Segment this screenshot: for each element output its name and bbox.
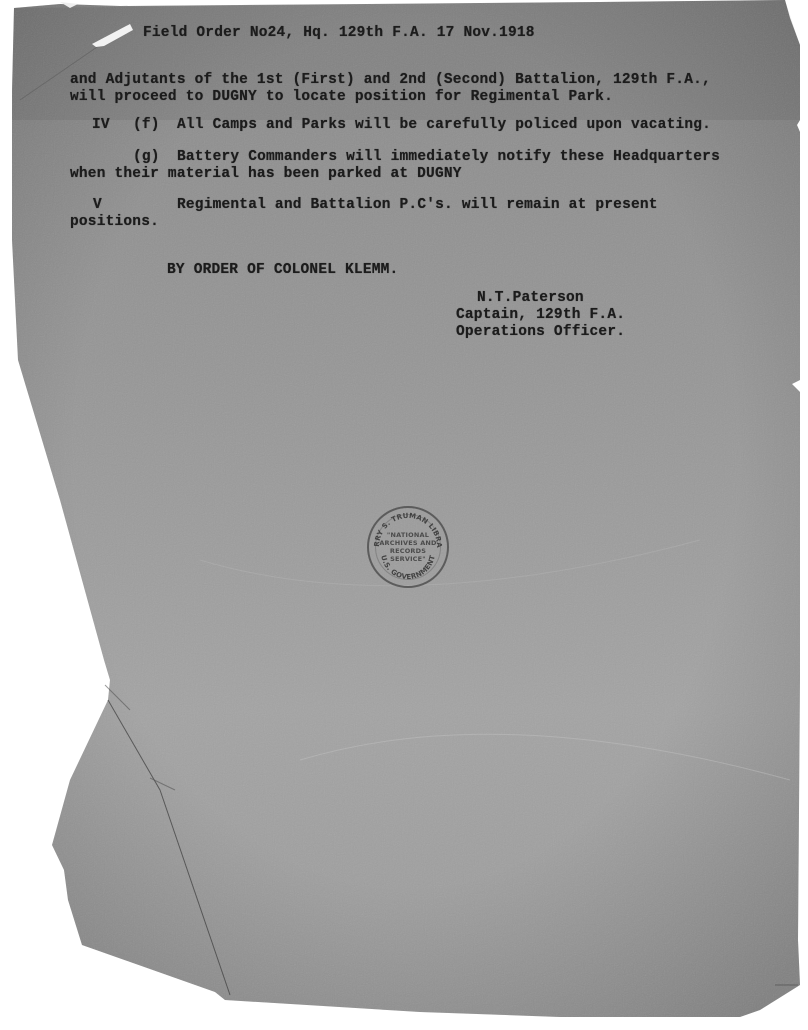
section-number: IV: [92, 117, 110, 134]
signature-title: Operations Officer.: [456, 324, 625, 341]
paragraph-line: and Adjutants of the 1st (First) and 2nd…: [70, 72, 711, 89]
paragraph-line: positions.: [70, 214, 159, 231]
section-number: V: [93, 197, 102, 214]
paragraph-line: will proceed to DUGNY to locate position…: [70, 89, 613, 106]
item-letter: (g): [133, 149, 160, 166]
stamp-center-line: RECORDS: [369, 547, 447, 555]
document-header: Field Order No24, Hq. 129th F.A. 17 Nov.…: [143, 25, 535, 42]
signature-rank: Captain, 129th F.A.: [456, 307, 625, 324]
paragraph-line: Battery Commanders will immediately noti…: [177, 149, 720, 166]
signature-name: N.T.Paterson: [477, 290, 584, 307]
paragraph-line: All Camps and Parks will be carefully po…: [177, 117, 711, 134]
document-page: Field Order No24, Hq. 129th F.A. 17 Nov.…: [0, 0, 808, 1030]
stamp-center-line: "NATIONAL: [369, 531, 447, 539]
paragraph-line: Regimental and Battalion P.C's. will rem…: [177, 197, 658, 214]
stamp-center-line: ARCHIVES AND: [369, 539, 447, 547]
archives-stamp: HARRY S. TRUMAN LIBRARY U.S. GOVERNMENT …: [367, 506, 449, 588]
stamp-center-text: "NATIONAL ARCHIVES AND RECORDS SERVICE": [369, 531, 447, 563]
item-letter: (f): [133, 117, 160, 134]
stamp-center-line: SERVICE": [369, 555, 447, 563]
by-order-line: BY ORDER OF COLONEL KLEMM.: [167, 262, 398, 279]
paragraph-line: when their material has been parked at D…: [70, 166, 462, 183]
